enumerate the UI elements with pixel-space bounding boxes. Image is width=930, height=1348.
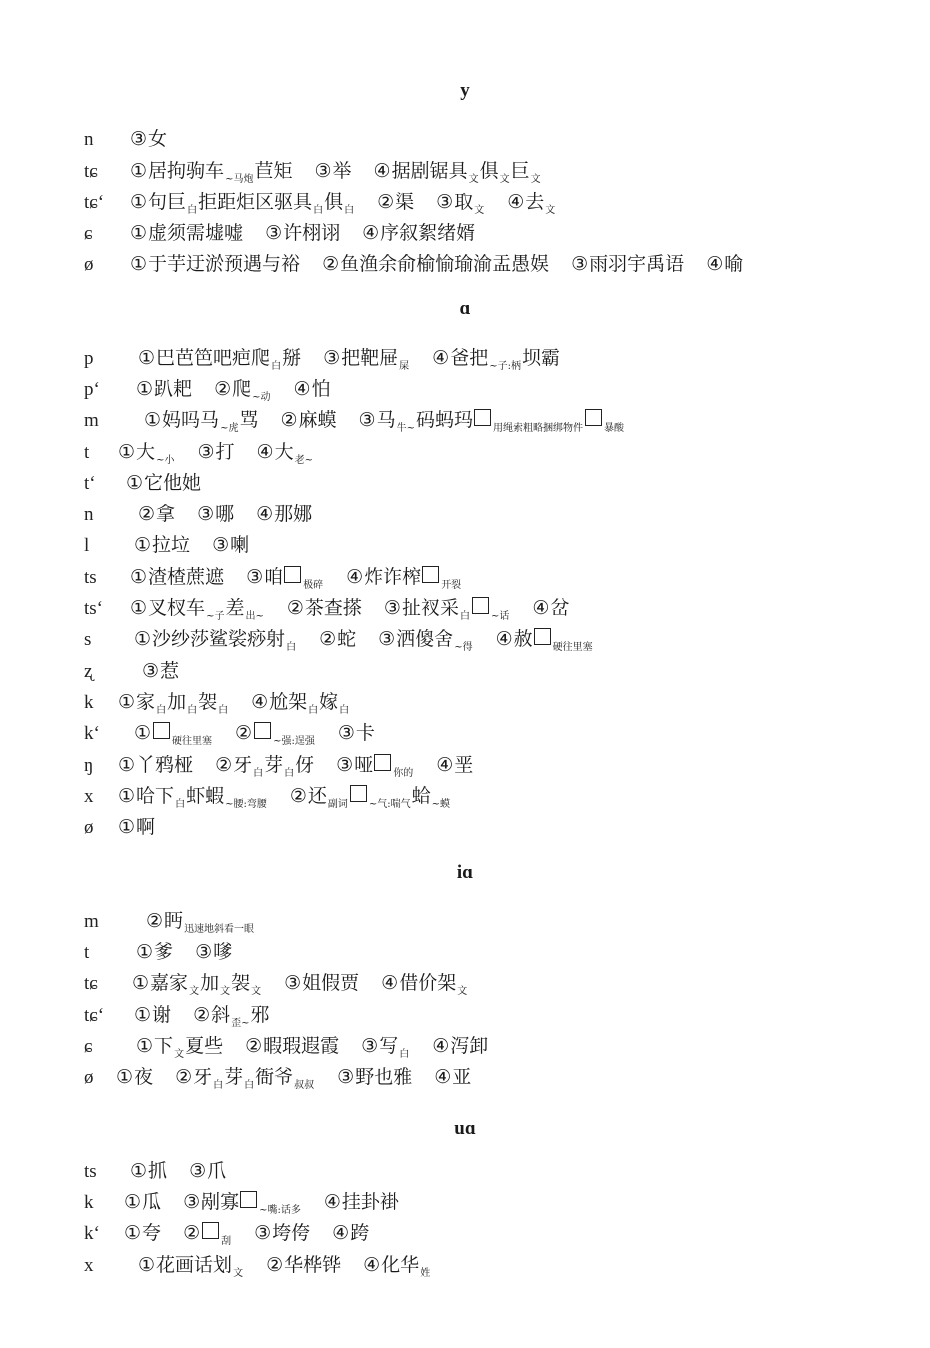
syllable-row: m①妈吗马~虎骂②麻蟆③马牛~码蚂玛用绳索粗略捆绑物件暴酸 [84, 405, 647, 435]
initial-consonant: ø [84, 817, 118, 839]
character-text: 喻 [724, 249, 743, 276]
annotation-subscript: 文 [469, 170, 479, 185]
annotation-subscript: ~动 [252, 388, 270, 403]
tone-group: ②牙白芽白伢 [215, 750, 314, 777]
tone-group: ③许栩诩 [265, 218, 340, 245]
tone-number: ② [193, 1004, 210, 1026]
character-text: 惹 [160, 656, 179, 683]
tone-group: ②蛇 [319, 624, 356, 651]
character-text: 爪 [207, 1156, 226, 1183]
initial-consonant: tɕʻ [84, 1005, 134, 1027]
tone-group: ②刮 [183, 1222, 232, 1244]
tone-number: ② [377, 191, 394, 213]
tone-group: ③雨羽宇禹语 [571, 249, 684, 276]
character-text: 岔 [550, 593, 569, 620]
tone-group: ④挂卦褂 [324, 1187, 399, 1214]
tone-number: ② [235, 722, 252, 744]
tone-number: ③ [571, 253, 588, 275]
tone-group: ③马牛~码蚂玛用绳索粗略捆绑物件暴酸 [359, 405, 625, 432]
character-text: 嫁 [319, 687, 338, 714]
tone-number: ③ [337, 1066, 354, 1088]
tone-number: ③ [142, 660, 159, 682]
character-text: 袈 [198, 687, 217, 714]
missing-character-box [284, 566, 301, 583]
character-text: 鱼渔余俞榆愉瑜渝盂愚娱 [340, 249, 549, 276]
tone-groups: ①瓜③剐寡~嘴:话多④挂卦褂 [124, 1187, 421, 1214]
tone-groups: ①巴芭笆吧疤爬白掰③把靶屉屎④爸把~子:柄坝霸 [138, 343, 582, 370]
tone-number: ④ [363, 1254, 380, 1276]
character-text: 骂 [239, 405, 258, 432]
syllable-row: pʻ①趴耙②爬~动④怕 [84, 374, 353, 404]
tone-number: ③ [338, 722, 355, 744]
tone-group: ③姐假贾 [284, 968, 359, 995]
initial-consonant: p [84, 348, 138, 370]
tone-group: ①家白加白袈白 [118, 687, 229, 714]
character-text: 爹 [154, 937, 173, 964]
character-text: 卡 [356, 718, 375, 745]
annotation-subscript: 白 [308, 701, 318, 716]
tone-number: ④ [381, 972, 398, 994]
tone-number: ① [138, 1254, 155, 1276]
character-text: 序叙絮绪婿 [380, 218, 475, 245]
character-text: 妈吗马 [162, 405, 219, 432]
tone-number: ③ [130, 128, 147, 150]
tone-number: ① [124, 1191, 141, 1213]
missing-character-box [350, 785, 367, 802]
character-text: 趴耙 [154, 374, 192, 401]
character-text: 居拘驹车 [148, 156, 224, 183]
tone-number: ④ [294, 378, 311, 400]
tone-number: ③ [361, 1035, 378, 1057]
tone-number: ① [138, 347, 155, 369]
annotation-subscript: 白 [313, 201, 323, 216]
tone-groups: ①妈吗马~虎骂②麻蟆③马牛~码蚂玛用绳索粗略捆绑物件暴酸 [144, 405, 647, 432]
character-text: 句巨 [148, 187, 186, 214]
tone-number: ④ [432, 347, 449, 369]
character-text: 坝霸 [522, 343, 560, 370]
tone-number: ① [118, 785, 135, 807]
missing-character-box [534, 628, 551, 645]
character-text: 瓜 [142, 1187, 161, 1214]
character-text: 哈下 [136, 781, 174, 808]
annotation-subscript: 出~ [245, 607, 263, 622]
character-text: 渠 [395, 187, 414, 214]
tone-group: ①下文夏些 [136, 1031, 223, 1058]
tone-number: ③ [359, 409, 376, 431]
tone-groups: ①嘉家文加文袈文③姐假贾④借价架文 [132, 968, 490, 995]
annotation-subscript: 白 [399, 1045, 409, 1060]
initial-consonant: ɕ [84, 223, 130, 245]
syllable-row: s①沙纱莎鲨裟痧射白②蛇③洒傻舍~得④赦硬往里塞 [84, 624, 616, 654]
annotation-subscript: 白 [187, 701, 197, 716]
tone-group: ②还副词~气:喘气蛤~蟆 [290, 781, 451, 808]
annotation-subscript: 用绳索粗略捆绑物件 [493, 419, 583, 434]
tone-group: ④化华姓 [363, 1250, 431, 1277]
character-text: 俱 [324, 187, 343, 214]
character-text: 拒距炬区驱具 [198, 187, 312, 214]
tone-groups: ①花画话划文②华桦铧④化华姓 [138, 1250, 453, 1277]
tone-number: ③ [195, 941, 212, 963]
tone-group: ③惹 [142, 656, 179, 683]
character-text: 女 [148, 124, 167, 151]
tone-group: ③垮侉 [254, 1218, 310, 1245]
missing-character-box [374, 754, 391, 771]
initial-consonant: ts [84, 1161, 130, 1183]
character-text: 蛇 [337, 624, 356, 651]
character-text: 垩 [454, 750, 473, 777]
annotation-subscript: 文 [500, 170, 510, 185]
tone-number: ② [280, 409, 297, 431]
character-text: 虚须需墟嘘 [148, 218, 243, 245]
tone-number: ② [214, 378, 231, 400]
initial-consonant: s [84, 629, 134, 651]
character-text: 于芋迂淤预遇与裕 [148, 249, 300, 276]
tone-groups: ①啊 [118, 812, 177, 839]
tone-number: ③ [378, 628, 395, 650]
character-text: 马 [377, 405, 396, 432]
tone-number: ③ [254, 1222, 271, 1244]
annotation-subscript: 文 [251, 982, 261, 997]
tone-number: ④ [257, 441, 274, 463]
missing-character-box [153, 722, 170, 739]
tone-number: ① [130, 1160, 147, 1182]
character-text: 沙纱莎鲨裟痧射 [152, 624, 285, 651]
character-text: 打 [216, 437, 235, 464]
tone-number: ② [146, 910, 163, 932]
syllable-row: ø①于芋迂淤预遇与裕②鱼渔余俞榆愉瑜渝盂愚娱③雨羽宇禹语④喻 [84, 249, 765, 279]
character-text: 把靶屉 [341, 343, 398, 370]
initial-consonant: ŋ [84, 755, 118, 777]
syllable-row: k①家白加白袈白④尬架白嫁白 [84, 687, 372, 717]
character-text: 叉杈车 [148, 593, 205, 620]
character-text: 许栩诩 [283, 218, 340, 245]
initial-consonant: ts [84, 567, 130, 589]
initial-consonant: tɕ [84, 973, 132, 995]
tone-number: ④ [324, 1191, 341, 1213]
syllable-row: x①哈下白虾蝦~腰:弯腰②还副词~气:喘气蛤~蟆 [84, 781, 473, 811]
tone-groups: ①于芋迂淤预遇与裕②鱼渔余俞榆愉瑜渝盂愚娱③雨羽宇禹语④喻 [130, 249, 765, 276]
tone-group: ①丫鸦桠 [118, 750, 193, 777]
initial-consonant: ø [84, 254, 130, 276]
tone-group: ①抓 [130, 1156, 167, 1183]
character-text: 拉垃 [152, 530, 190, 557]
initial-consonant: kʻ [84, 1223, 124, 1245]
tone-number: ① [118, 754, 135, 776]
annotation-subscript: ~小 [156, 451, 174, 466]
tone-number: ④ [251, 691, 268, 713]
tone-group: ③喇 [212, 530, 249, 557]
tone-number: ② [266, 1254, 283, 1276]
character-text: 家 [136, 687, 155, 714]
tone-number: ④ [374, 160, 391, 182]
character-text: 牙 [233, 750, 252, 777]
tone-group: ①谢 [134, 1000, 171, 1027]
tone-number: ① [136, 941, 153, 963]
character-text: 暇瑕遐霞 [263, 1031, 339, 1058]
annotation-subscript: 文 [174, 1045, 184, 1060]
tone-group: ④岔 [532, 593, 569, 620]
character-text: 扯衩采 [402, 593, 459, 620]
tone-group: ①大~小 [118, 437, 175, 464]
annotation-subscript: ~腰:弯腰 [225, 795, 267, 810]
tone-number: ① [134, 1004, 151, 1026]
character-text: 爬 [232, 374, 251, 401]
tone-number: ③ [284, 972, 301, 994]
tone-group: ③女 [130, 124, 167, 151]
annotation-subscript: 文 [457, 982, 467, 997]
tone-number: ③ [197, 503, 214, 525]
section-title: iɑ [0, 862, 930, 884]
annotation-subscript: 硬往里塞 [553, 638, 593, 653]
character-text: 抓 [148, 1156, 167, 1183]
annotation-subscript: 文 [189, 982, 199, 997]
syllable-row: m②眄迅速地斜看一眼 [84, 906, 277, 936]
syllable-row: ʐ③惹 [84, 656, 201, 686]
syllable-row: ø①夜②牙白芽白衙爷叔叔③野也雅④亚 [84, 1062, 493, 1092]
tone-group: ②拿 [138, 499, 175, 526]
character-text: 眄 [164, 906, 183, 933]
tone-number: ④ [436, 754, 453, 776]
tone-number: ③ [336, 754, 353, 776]
annotation-subscript: ~气:喘气 [369, 795, 411, 810]
missing-character-box [474, 409, 491, 426]
initial-consonant: t [84, 442, 118, 464]
tone-group: ②渠 [377, 187, 414, 214]
tone-groups: ①它他她 [126, 468, 223, 495]
annotation-subscript: 白 [286, 638, 296, 653]
tone-number: ③ [189, 1160, 206, 1182]
character-text: 嘉家 [150, 968, 188, 995]
tone-number: ① [130, 222, 147, 244]
missing-character-box [254, 722, 271, 739]
character-text: 渣楂蔗遮 [148, 562, 224, 589]
annotation-subscript: 文 [233, 1264, 243, 1279]
tone-number: ④ [332, 1222, 349, 1244]
tone-group: ①爹 [136, 937, 173, 964]
annotation-subscript: 白 [271, 357, 281, 372]
annotation-subscript: 你的 [393, 764, 413, 779]
tone-group: ②爬~动 [214, 374, 271, 401]
initial-consonant: x [84, 786, 118, 808]
character-text: 丫鸦桠 [136, 750, 193, 777]
character-text: 夜 [134, 1062, 153, 1089]
annotation-subscript: 老~ [295, 451, 313, 466]
annotation-subscript: ~话 [491, 607, 509, 622]
tone-number: ④ [434, 1066, 451, 1088]
tone-groups: ③女 [130, 124, 189, 151]
annotation-subscript: 迅速地斜看一眼 [184, 920, 254, 935]
tone-groups: ①拉垃③喇 [134, 530, 271, 557]
tone-group: ②~强:逞强 [235, 722, 316, 744]
syllable-row: ɕ①下文夏些②暇瑕遐霞③写白④泻卸 [84, 1031, 510, 1061]
annotation-subscript: 白 [213, 1076, 223, 1091]
character-text: 咱 [264, 562, 283, 589]
tone-groups: ①抓③爪 [130, 1156, 248, 1183]
annotation-subscript: 文 [474, 201, 484, 216]
tone-number: ① [124, 1222, 141, 1244]
tone-number: ③ [384, 597, 401, 619]
character-text: 夸 [142, 1218, 161, 1245]
character-text: 邪 [251, 1000, 270, 1027]
tone-number: ① [130, 191, 147, 213]
tone-group: ①它他她 [126, 468, 201, 495]
character-text: 伢 [295, 750, 314, 777]
tone-groups: ②眄迅速地斜看一眼 [146, 906, 277, 933]
syllable-row: t①爹③嗲 [84, 937, 254, 967]
tone-group: ②鱼渔余俞榆愉瑜渝盂愚娱 [322, 249, 549, 276]
tone-group: ④泻卸 [432, 1031, 488, 1058]
tone-group: ③举 [314, 156, 351, 183]
annotation-subscript: 暴酸 [604, 419, 624, 434]
tone-number: ① [134, 534, 151, 556]
tone-number: ② [215, 754, 232, 776]
initial-consonant: tʻ [84, 473, 126, 495]
tone-number: ④ [496, 628, 513, 650]
character-text: 下 [154, 1031, 173, 1058]
annotation-subscript: 屎 [399, 357, 409, 372]
initial-consonant: tɕ [84, 161, 130, 183]
character-text: 华桦铧 [284, 1250, 341, 1277]
tone-number: ① [130, 253, 147, 275]
tone-group: ①哈下白虾蝦~腰:弯腰 [118, 781, 268, 808]
character-text: 嗲 [213, 937, 232, 964]
tone-group: ②暇瑕遐霞 [245, 1031, 339, 1058]
annotation-subscript: 刮 [221, 1232, 231, 1247]
character-text: 谢 [152, 1000, 171, 1027]
tone-group: ④爸把~子:柄坝霸 [432, 343, 560, 370]
document-page: yn③女tɕ①居拘驹车~马炮苣矩③举④据剧锯具文俱文巨文tɕʻ①句巨白拒距炬区驱… [0, 0, 930, 1348]
character-text: 爸把 [450, 343, 488, 370]
initial-consonant: tsʻ [84, 598, 130, 620]
syllable-row: x①花画话划文②华桦铧④化华姓 [84, 1250, 453, 1280]
tone-group: ①巴芭笆吧疤爬白掰 [138, 343, 301, 370]
tone-number: ③ [314, 160, 331, 182]
tone-number: ① [118, 816, 135, 838]
tone-group: ④怕 [294, 374, 331, 401]
tone-group: ①夜 [116, 1062, 153, 1089]
character-text: 垮侉 [272, 1218, 310, 1245]
tone-number: ③ [246, 566, 263, 588]
character-text: 码蚂玛 [416, 405, 473, 432]
syllable-row: k①瓜③剐寡~嘴:话多④挂卦褂 [84, 1187, 421, 1217]
syllable-row: ŋ①丫鸦桠②牙白芽白伢③哑你的④垩 [84, 750, 495, 780]
character-text: 巨 [511, 156, 530, 183]
syllable-row: tɕʻ①谢②斜歪~邪 [84, 1000, 292, 1030]
tone-group: ①虚须需墟嘘 [130, 218, 243, 245]
annotation-subscript: 歪~ [231, 1014, 249, 1029]
tone-group: ①句巨白拒距炬区驱具白俱白 [130, 187, 355, 214]
syllable-row: ts①抓③爪 [84, 1156, 248, 1186]
character-text: 拿 [156, 499, 175, 526]
tone-group: ②斜歪~邪 [193, 1000, 269, 1027]
syllable-row: ɕ①虚须需墟嘘③许栩诩④序叙絮绪婿 [84, 218, 497, 248]
tone-number: ④ [346, 566, 363, 588]
tone-group: ③取文 [436, 187, 485, 214]
tone-group: ③哑你的 [336, 750, 414, 777]
tone-groups: ①叉杈车~子差出~②茶查搽③扯衩采白~话④岔 [130, 593, 591, 620]
character-text: 哑 [354, 750, 373, 777]
character-text: 去 [525, 187, 544, 214]
tone-number: ③ [197, 441, 214, 463]
tone-groups: ①居拘驹车~马炮苣矩③举④据剧锯具文俱文巨文 [130, 156, 564, 183]
character-text: 掰 [282, 343, 301, 370]
initial-consonant: n [84, 129, 130, 151]
syllable-row: n③女 [84, 124, 189, 154]
character-text: 取 [454, 187, 473, 214]
tone-groups: ①谢②斜歪~邪 [134, 1000, 292, 1027]
character-text: 怕 [312, 374, 331, 401]
tone-group: ①啊 [118, 812, 155, 839]
section-title: ɑ [0, 298, 930, 320]
tone-number: ② [319, 628, 336, 650]
character-text: 跨 [350, 1218, 369, 1245]
syllable-row: tɕ①嘉家文加文袈文③姐假贾④借价架文 [84, 968, 490, 998]
tone-groups: ①大~小③打④大老~ [118, 437, 336, 464]
character-text: 炸诈榨 [364, 562, 421, 589]
missing-character-box [585, 409, 602, 426]
annotation-subscript: ~子 [206, 607, 224, 622]
syllable-row: tʻ①它他她 [84, 468, 223, 498]
annotation-subscript: 白 [244, 1076, 254, 1091]
tone-group: ①渣楂蔗遮 [130, 562, 224, 589]
tone-group: ④那娜 [256, 499, 312, 526]
tone-group: ③打 [197, 437, 234, 464]
tone-number: ① [136, 378, 153, 400]
tone-number: ② [183, 1222, 200, 1244]
character-text: 芽 [264, 750, 283, 777]
character-text: 挂卦褂 [342, 1187, 399, 1214]
tone-number: ① [116, 1066, 133, 1088]
tone-group: ①夸 [124, 1218, 161, 1245]
tone-group: ①沙纱莎鲨裟痧射白 [134, 624, 297, 651]
annotation-subscript: ~蟆 [432, 795, 450, 810]
tone-number: ④ [256, 503, 273, 525]
annotation-subscript: 白 [175, 795, 185, 810]
annotation-subscript: 硬往里塞 [172, 732, 212, 747]
tone-groups: ②拿③哪④那娜 [138, 499, 334, 526]
initial-consonant: l [84, 535, 134, 557]
tone-group: ④据剧锯具文俱文巨文 [374, 156, 542, 183]
character-text: 衙爷 [255, 1062, 293, 1089]
initial-consonant: x [84, 1255, 138, 1277]
tone-group: ③咱极碎 [246, 562, 324, 589]
tone-group: ③写白 [361, 1031, 410, 1058]
tone-group: ④喻 [706, 249, 743, 276]
annotation-subscript: 叔叔 [294, 1076, 314, 1091]
annotation-subscript: ~嘴:话多 [259, 1201, 301, 1216]
character-text: 泻卸 [450, 1031, 488, 1058]
syllable-row: kʻ①夸②刮③垮侉④跨 [84, 1218, 391, 1248]
tone-number: ① [126, 472, 143, 494]
tone-group: ③爪 [189, 1156, 226, 1183]
tone-group: ③把靶屉屎 [323, 343, 410, 370]
initial-consonant: ɕ [84, 1036, 136, 1058]
character-text: 写 [379, 1031, 398, 1058]
character-text: 据剧锯具 [392, 156, 468, 183]
tone-group: ①花画话划文 [138, 1250, 244, 1277]
tone-group: ②麻蟆 [280, 405, 336, 432]
tone-groups: ①家白加白袈白④尬架白嫁白 [118, 687, 372, 714]
syllable-row: p①巴芭笆吧疤爬白掰③把靶屉屎④爸把~子:柄坝霸 [84, 343, 582, 373]
tone-group: ④垩 [436, 750, 473, 777]
syllable-row: tɕ①居拘驹车~马炮苣矩③举④据剧锯具文俱文巨文 [84, 156, 564, 186]
annotation-subscript: 白 [460, 607, 470, 622]
tone-groups: ①渣楂蔗遮③咱极碎④炸诈榨开裂 [130, 562, 484, 589]
annotation-subscript: 姓 [420, 1264, 430, 1279]
tone-group: ④去文 [507, 187, 556, 214]
annotation-subscript: ~子:柄 [489, 357, 521, 372]
tone-number: ④ [532, 597, 549, 619]
